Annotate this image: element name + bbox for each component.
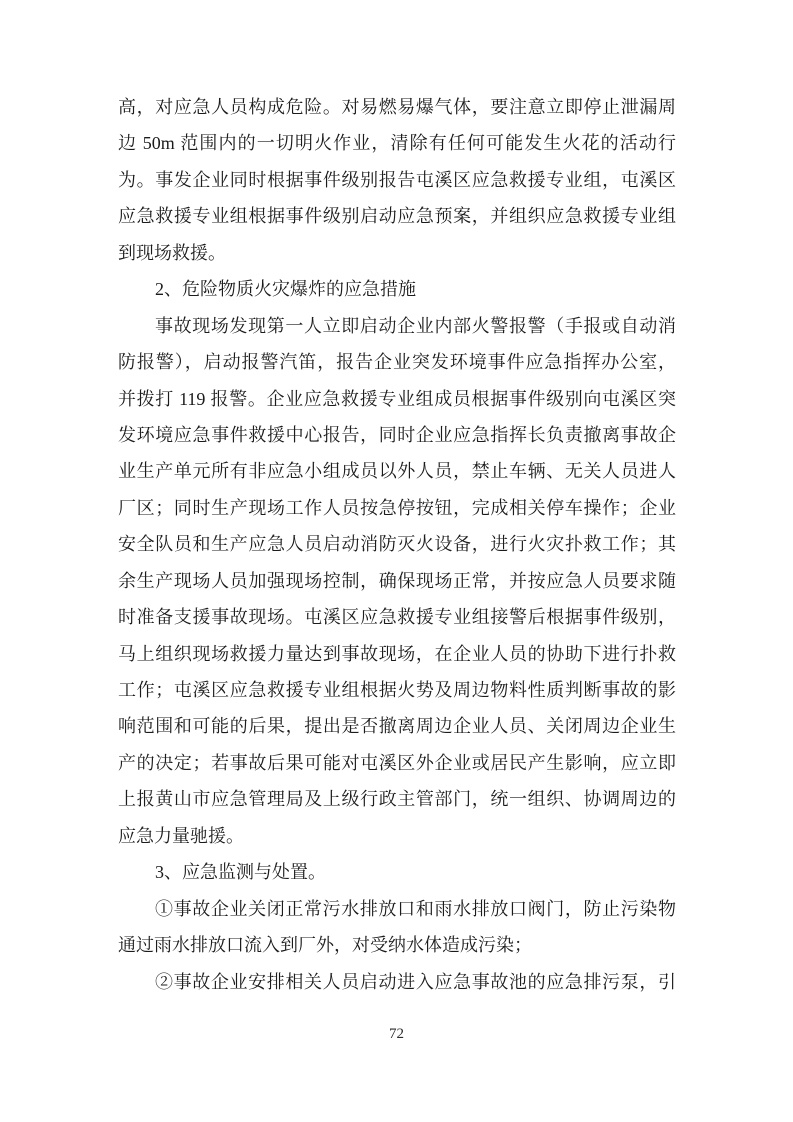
text-line: 并拨打 119 报警。企业应急救援专业组成员根据事件级别向屯溪区突 [118,381,676,417]
text-line: 上报黄山市应急管理局及上级行政主管部门，统一组织、协调周边的 [118,781,676,817]
document-page: 高，对应急人员构成危险。对易燃易爆气体，要注意立即停止泄漏周 边 50m 范围内… [0,0,793,1122]
text-line: 安全队员和生产应急人员启动消防灭火设备，进行火灾扑救工作；其 [118,526,676,562]
text-line: ②事故企业安排相关人员启动进入应急事故池的应急排污泵，引 [118,964,676,1000]
text-line: 高，对应急人员构成危险。对易燃易爆气体，要注意立即停止泄漏周 [118,89,676,125]
text-line: 工作；屯溪区应急救援专业组根据火势及周边物料性质判断事故的影 [118,672,676,708]
page-number: 72 [0,1024,793,1044]
text-line: 响范围和可能的后果，提出是否撤离周边企业人员、关闭周边企业生 [118,708,676,744]
text-line: 马上组织现场救援力量达到事故现场，在企业人员的协助下进行扑救 [118,636,676,672]
text-line: 事故现场发现第一人立即启动企业内部火警报警（手报或自动消 [118,308,676,344]
text-line: 应急力量驰援。 [118,818,676,854]
text-line: 防报警），启动报警汽笛，报告企业突发环境事件应急指挥办公室， [118,344,676,380]
text-line: 边 50m 范围内的一切明火作业，清除有任何可能发生火花的活动行 [118,125,676,161]
text-line: 为。事发企业同时根据事件级别报告屯溪区应急救援专业组，屯溪区 [118,162,676,198]
text-line: 业生产单元所有非应急小组成员以外人员，禁止车辆、无关人员进人 [118,453,676,489]
text-line: 产的决定；若事故后果可能对屯溪区外企业或居民产生影响，应立即 [118,745,676,781]
text-line: 厂区；同时生产现场工作人员按急停按钮，完成相关停车操作；企业 [118,490,676,526]
text-line: 余生产现场人员加强现场控制，确保现场正常，并按应急人员要求随 [118,563,676,599]
section-heading: 2、危险物质火灾爆炸的应急措施 [118,271,676,307]
text-line: ①事故企业关闭正常污水排放口和雨水排放口阀门，防止污染物 [118,891,676,927]
text-line: 时准备支援事故现场。屯溪区应急救援专业组接警后根据事件级别， [118,599,676,635]
text-line: 到现场救援。 [118,235,676,271]
text-line: 发环境应急事件救援中心报告，同时企业应急指挥长负责撤离事故企 [118,417,676,453]
text-line: 应急救援专业组根据事件级别启动应急预案，并组织应急救援专业组 [118,198,676,234]
document-body: 高，对应急人员构成危险。对易燃易爆气体，要注意立即停止泄漏周 边 50m 范围内… [118,89,676,1000]
text-line: 通过雨水排放口流入到厂外，对受纳水体造成污染； [118,927,676,963]
section-heading: 3、应急监测与处置。 [118,854,676,890]
